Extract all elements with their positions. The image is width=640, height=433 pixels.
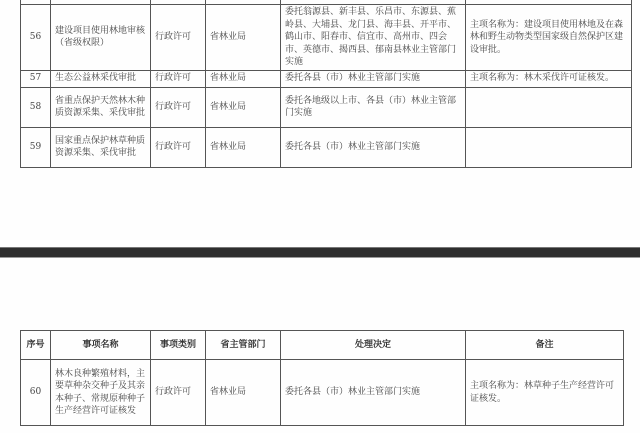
item-dept: 省林业局 bbox=[206, 127, 281, 167]
row-number: 59 bbox=[21, 127, 51, 167]
row-number: 57 bbox=[21, 70, 51, 87]
item-remark bbox=[466, 127, 632, 167]
table-row: 56 建设项目使用林地审核（省级权限） 行政许可 省林业局 委托翁源县、新丰县、… bbox=[21, 5, 632, 71]
item-dept: 省林业局 bbox=[206, 5, 281, 71]
licensing-table-top: 56 建设项目使用林地审核（省级权限） 行政许可 省林业局 委托翁源县、新丰县、… bbox=[20, 0, 632, 168]
item-category: 行政许可 bbox=[151, 127, 206, 167]
item-decision: 委托各地级以上市、各县（市）林业主管部门实施 bbox=[281, 87, 466, 127]
item-name: 生态公益林采伐审批 bbox=[51, 70, 151, 87]
item-remark bbox=[466, 87, 632, 127]
item-name: 林木良种繁殖材料，主要草种杂交种子及其亲本种子、常规原种种子生产经营许可证核发 bbox=[51, 360, 151, 426]
table-row: 58 省重点保护天然林木种质资源采集、采伐审批 行政许可 省林业局 委托各地级以… bbox=[21, 87, 632, 127]
item-category: 行政许可 bbox=[151, 5, 206, 71]
item-category: 行政许可 bbox=[151, 70, 206, 87]
item-dept: 省林业局 bbox=[206, 70, 281, 87]
header-decision: 处理决定 bbox=[281, 331, 466, 360]
item-category: 行政许可 bbox=[151, 360, 206, 426]
header-name: 事项名称 bbox=[51, 331, 151, 360]
item-name: 省重点保护天然林木种质资源采集、采伐审批 bbox=[51, 87, 151, 127]
item-name: 建设项目使用林地审核（省级权限） bbox=[51, 5, 151, 71]
table-row: 59 国家重点保护林草种质资源采集、采伐审批 行政许可 省林业局 委托各县（市）… bbox=[21, 127, 632, 167]
item-dept: 省林业局 bbox=[206, 87, 281, 127]
header-remark: 备注 bbox=[466, 331, 624, 360]
table-row: 60 林木良种繁殖材料，主要草种杂交种子及其亲本种子、常规原种种子生产经营许可证… bbox=[21, 360, 624, 426]
row-number: 56 bbox=[21, 5, 51, 71]
item-remark: 主项名称为：建设项目使用林地及在森林和野生动物类型国家级自然保护区建设审批。 bbox=[466, 5, 632, 71]
table-row: 57 生态公益林采伐审批 行政许可 省林业局 委托各县（市）林业主管部门实施 主… bbox=[21, 70, 632, 87]
page-separator bbox=[0, 247, 640, 258]
item-decision: 委托各县（市）林业主管部门实施 bbox=[281, 127, 466, 167]
item-remark: 主项名称为：林木采伐许可证核发。 bbox=[466, 70, 632, 87]
header-dept: 省主管部门 bbox=[206, 331, 281, 360]
item-dept: 省林业局 bbox=[206, 360, 281, 426]
item-decision: 委托各县（市）林业主管部门实施 bbox=[281, 360, 466, 426]
item-remark: 主项名称为：林草种子生产经营许可证核发。 bbox=[466, 360, 624, 426]
item-decision: 委托翁源县、新丰县、乐昌市、东源县、蕉岭县、大埔县、龙门县、海丰县、开平市、鹤山… bbox=[281, 5, 466, 71]
table-header: 序号 事项名称 事项类别 省主管部门 处理决定 备注 bbox=[21, 331, 624, 360]
licensing-table-bottom: 序号 事项名称 事项类别 省主管部门 处理决定 备注 60 林木良种繁殖材料，主… bbox=[20, 330, 624, 426]
item-decision: 委托各县（市）林业主管部门实施 bbox=[281, 70, 466, 87]
header-category: 事项类别 bbox=[151, 331, 206, 360]
item-category: 行政许可 bbox=[151, 87, 206, 127]
header-no: 序号 bbox=[21, 331, 51, 360]
row-number: 60 bbox=[21, 360, 51, 426]
item-name: 国家重点保护林草种质资源采集、采伐审批 bbox=[51, 127, 151, 167]
row-number: 58 bbox=[21, 87, 51, 127]
